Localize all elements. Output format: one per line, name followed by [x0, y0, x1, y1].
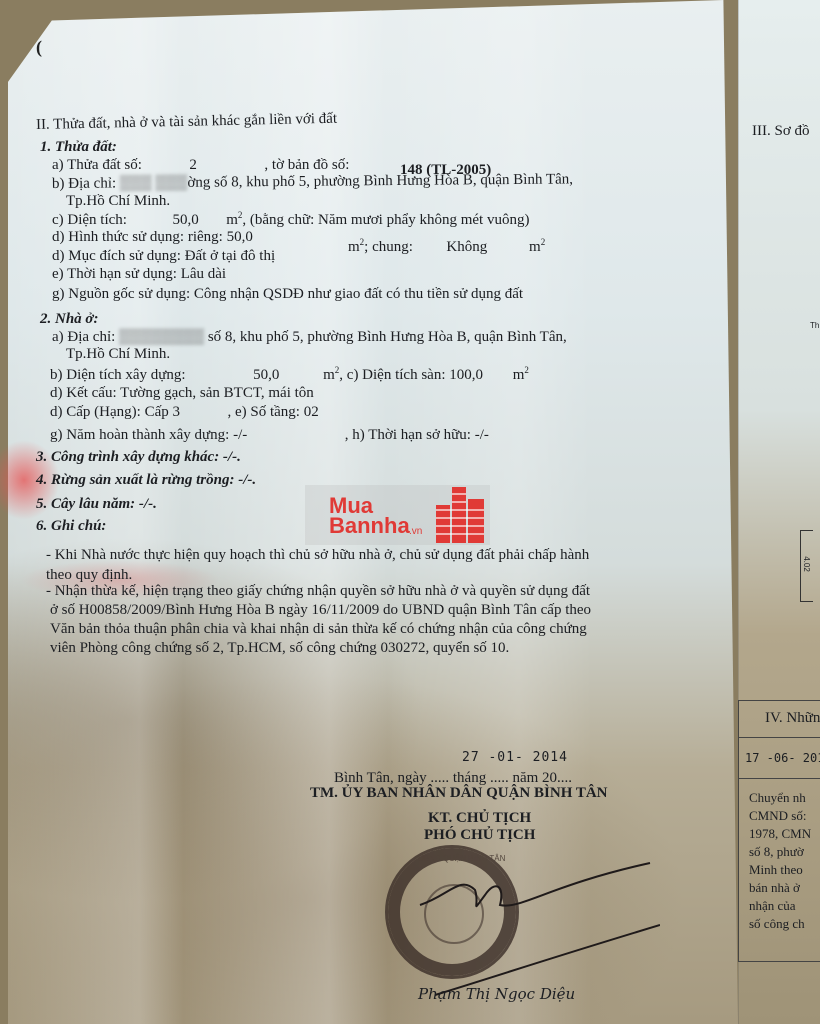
- land-heading: 1. Thửa đất:: [40, 140, 117, 155]
- changes-header-row: IV. Nhữn: [739, 701, 820, 738]
- entry-line: bán nhà ở: [749, 881, 800, 894]
- floors-label: , e) Số tầng:: [227, 404, 300, 420]
- term-line: e) Thời hạn sử dụng: Lâu dài: [52, 267, 226, 282]
- area-words: , (bằng chữ: Năm mươi phẩy không mét vuô…: [242, 212, 529, 228]
- note-line-4: ở số H00858/2009/Bình Hưng Hòa B ngày 16…: [50, 603, 591, 618]
- diagram-label: Th: [810, 322, 819, 330]
- parcel-label: a) Thửa đất số:: [52, 157, 142, 173]
- margin-mark: (: [36, 38, 42, 56]
- watermark-suffix: .vn: [409, 526, 422, 537]
- origin-line: g) Nguồn gốc sử dụng: Công nhận QSDĐ như…: [52, 287, 523, 302]
- grade: Cấp 3: [145, 404, 180, 420]
- entry-line: số 8, phườ: [749, 845, 804, 858]
- changes-date-row: 17 -06- 2014 N: [739, 738, 820, 779]
- building-icon: [432, 487, 488, 543]
- map-sheet-label: , tờ bản đồ số:: [264, 157, 349, 173]
- structure-line: d) Kết cấu: Tường gạch, sản BTCT, mái tô…: [50, 386, 314, 401]
- term-label: e) Thời hạn sử dụng:: [52, 266, 177, 282]
- house-address-line: a) Địa chỉ: ▒▒▒▒▒▒▒▒ số 8, khu phố 5, ph…: [52, 330, 567, 345]
- section-iii-heading: III. Sơ đồ: [752, 124, 810, 139]
- land-address-label: b) Địa chỉ:: [52, 175, 116, 192]
- land-address-city: Tp.Hồ Chí Minh.: [66, 194, 170, 209]
- floor-area: 100,0: [449, 367, 483, 383]
- structure-label: d) Kết cấu:: [50, 385, 117, 401]
- term: Lâu dài: [181, 266, 226, 282]
- house-heading: 2. Nhà ở:: [40, 312, 98, 327]
- entry-line: Chuyển nh: [749, 791, 806, 804]
- usage-private: 50,0: [227, 229, 253, 245]
- dimension-value: 4.02: [802, 556, 810, 572]
- floors: 02: [304, 404, 319, 420]
- parcel-line: a) Thửa đất số: 2 , tờ bản đồ số:: [52, 158, 349, 173]
- land-address-redacted: ▒▒▒ ▒▒▒: [120, 176, 188, 192]
- place-date: Bình Tân, ngày ..... tháng ..... năm 20.…: [334, 771, 572, 786]
- note-line-6: viên Phòng công chứng số 2, Tp.HCM, số c…: [50, 641, 509, 656]
- completion-label: g) Năm hoàn thành xây dựng:: [50, 427, 229, 443]
- build-area-line: b) Diện tích xây dựng: 50,0 m2, c) Diện …: [50, 366, 529, 383]
- grade-line: d) Cấp (Hạng): Cấp 3 , e) Số tầng: 02: [50, 405, 319, 420]
- stamped-date: 27 -01- 2014: [462, 751, 568, 764]
- purpose: Đất ở tại đô thị: [185, 248, 275, 264]
- note-line-1: - Khi Nhà nước thực hiện quy hoạch thì c…: [46, 548, 589, 563]
- build-area-label: b) Diện tích xây dựng:: [50, 367, 186, 383]
- usage-shared: Không: [446, 239, 487, 255]
- notes-heading: 6. Ghi chú:: [36, 519, 106, 534]
- plantation-forest: 4. Rừng sản xuất là rừng trồng: -/-.: [36, 473, 256, 488]
- completion: -/-: [233, 427, 247, 443]
- house-address: số 8, khu phố 5, phường Bình Hưng Hòa B,…: [208, 329, 567, 345]
- completion-line: g) Năm hoàn thành xây dựng: -/- , h) Thờ…: [50, 428, 489, 443]
- purpose-line: d) Mục đích sử dụng: Đất ở tại đô thị: [52, 249, 275, 264]
- area-unit: m: [226, 212, 238, 228]
- changes-table: IV. Nhữn 17 -06- 2014 N Chuyển nh CMND s…: [738, 700, 820, 962]
- area-line: c) Diện tích: 50,0 m2, (bằng chữ: Năm mư…: [52, 211, 529, 228]
- grade-label: d) Cấp (Hạng):: [50, 404, 141, 420]
- usage-shared-label: ; chung:: [364, 239, 413, 255]
- origin: Công nhận QSDĐ như giao đất có thu tiền …: [194, 286, 523, 302]
- entry-line: 1978, CMN: [749, 827, 811, 840]
- note-line-2: theo quy định.: [46, 568, 132, 583]
- purpose-label: d) Mục đích sử dụng:: [52, 248, 181, 264]
- entry-line: Minh theo: [749, 863, 803, 876]
- house-address-city: Tp.Hồ Chí Minh.: [66, 347, 170, 362]
- watermark-line2: Bannha: [329, 515, 410, 537]
- ownership-term-label: , h) Thời hạn sở hữu:: [345, 427, 471, 443]
- area-value: 50,0: [172, 212, 198, 228]
- note-line-5: Văn bản thỏa thuận phân chia và khai nhậ…: [50, 622, 587, 637]
- entry-date: 17 -06- 2014 N: [745, 752, 820, 764]
- origin-label: g) Nguồn gốc sử dụng:: [52, 286, 190, 302]
- usage-shared-line: m2; chung: Không m2: [348, 238, 545, 255]
- house-address-label: a) Địa chỉ:: [52, 329, 115, 345]
- entry-line: nhận của: [749, 899, 796, 912]
- issuing-org: TM. ỦY BAN NHÂN DÂN QUẬN BÌNH TÂN: [310, 786, 608, 801]
- note-line-3: - Nhận thừa kế, hiện trạng theo giấy chứ…: [46, 584, 590, 599]
- house-address-redacted: ▒▒▒▒▒▒▒▒: [119, 330, 204, 345]
- parcel-no: 2: [189, 157, 197, 173]
- usage-form-label: d) Hình thức sử dụng: riêng:: [52, 229, 223, 245]
- perennial-trees: 5. Cây lâu năm: -/-.: [36, 497, 157, 512]
- watermark-logo: Mua Bannha .vn: [305, 485, 490, 545]
- land-address: ờng số 8, khu phố 5, phường Bình Hưng Hò…: [187, 171, 573, 190]
- other-construction: 3. Công trình xây dựng khác: -/-.: [36, 450, 241, 465]
- for-chair: KT. CHỦ TỊCH: [428, 811, 531, 826]
- structure: Tường gạch, sản BTCT, mái tôn: [120, 385, 314, 401]
- signer-name: Phạm Thị Ngọc Diệu: [418, 987, 575, 1002]
- entry-line: số công ch: [749, 917, 805, 930]
- ownership-term: -/-: [475, 427, 489, 443]
- signature-area: UBND QUẬN BÌNH TÂN Phạm Thị Ngọc Diệu: [380, 835, 660, 1015]
- entry-line: CMND số:: [749, 809, 806, 822]
- area-label: c) Diện tích:: [52, 212, 127, 228]
- build-area: 50,0: [253, 367, 279, 383]
- usage-form-line: d) Hình thức sử dụng: riêng: 50,0: [52, 230, 253, 245]
- floor-area-label: , c) Diện tích sàn:: [339, 367, 445, 383]
- section-iv-heading: IV. Nhữn: [765, 711, 820, 726]
